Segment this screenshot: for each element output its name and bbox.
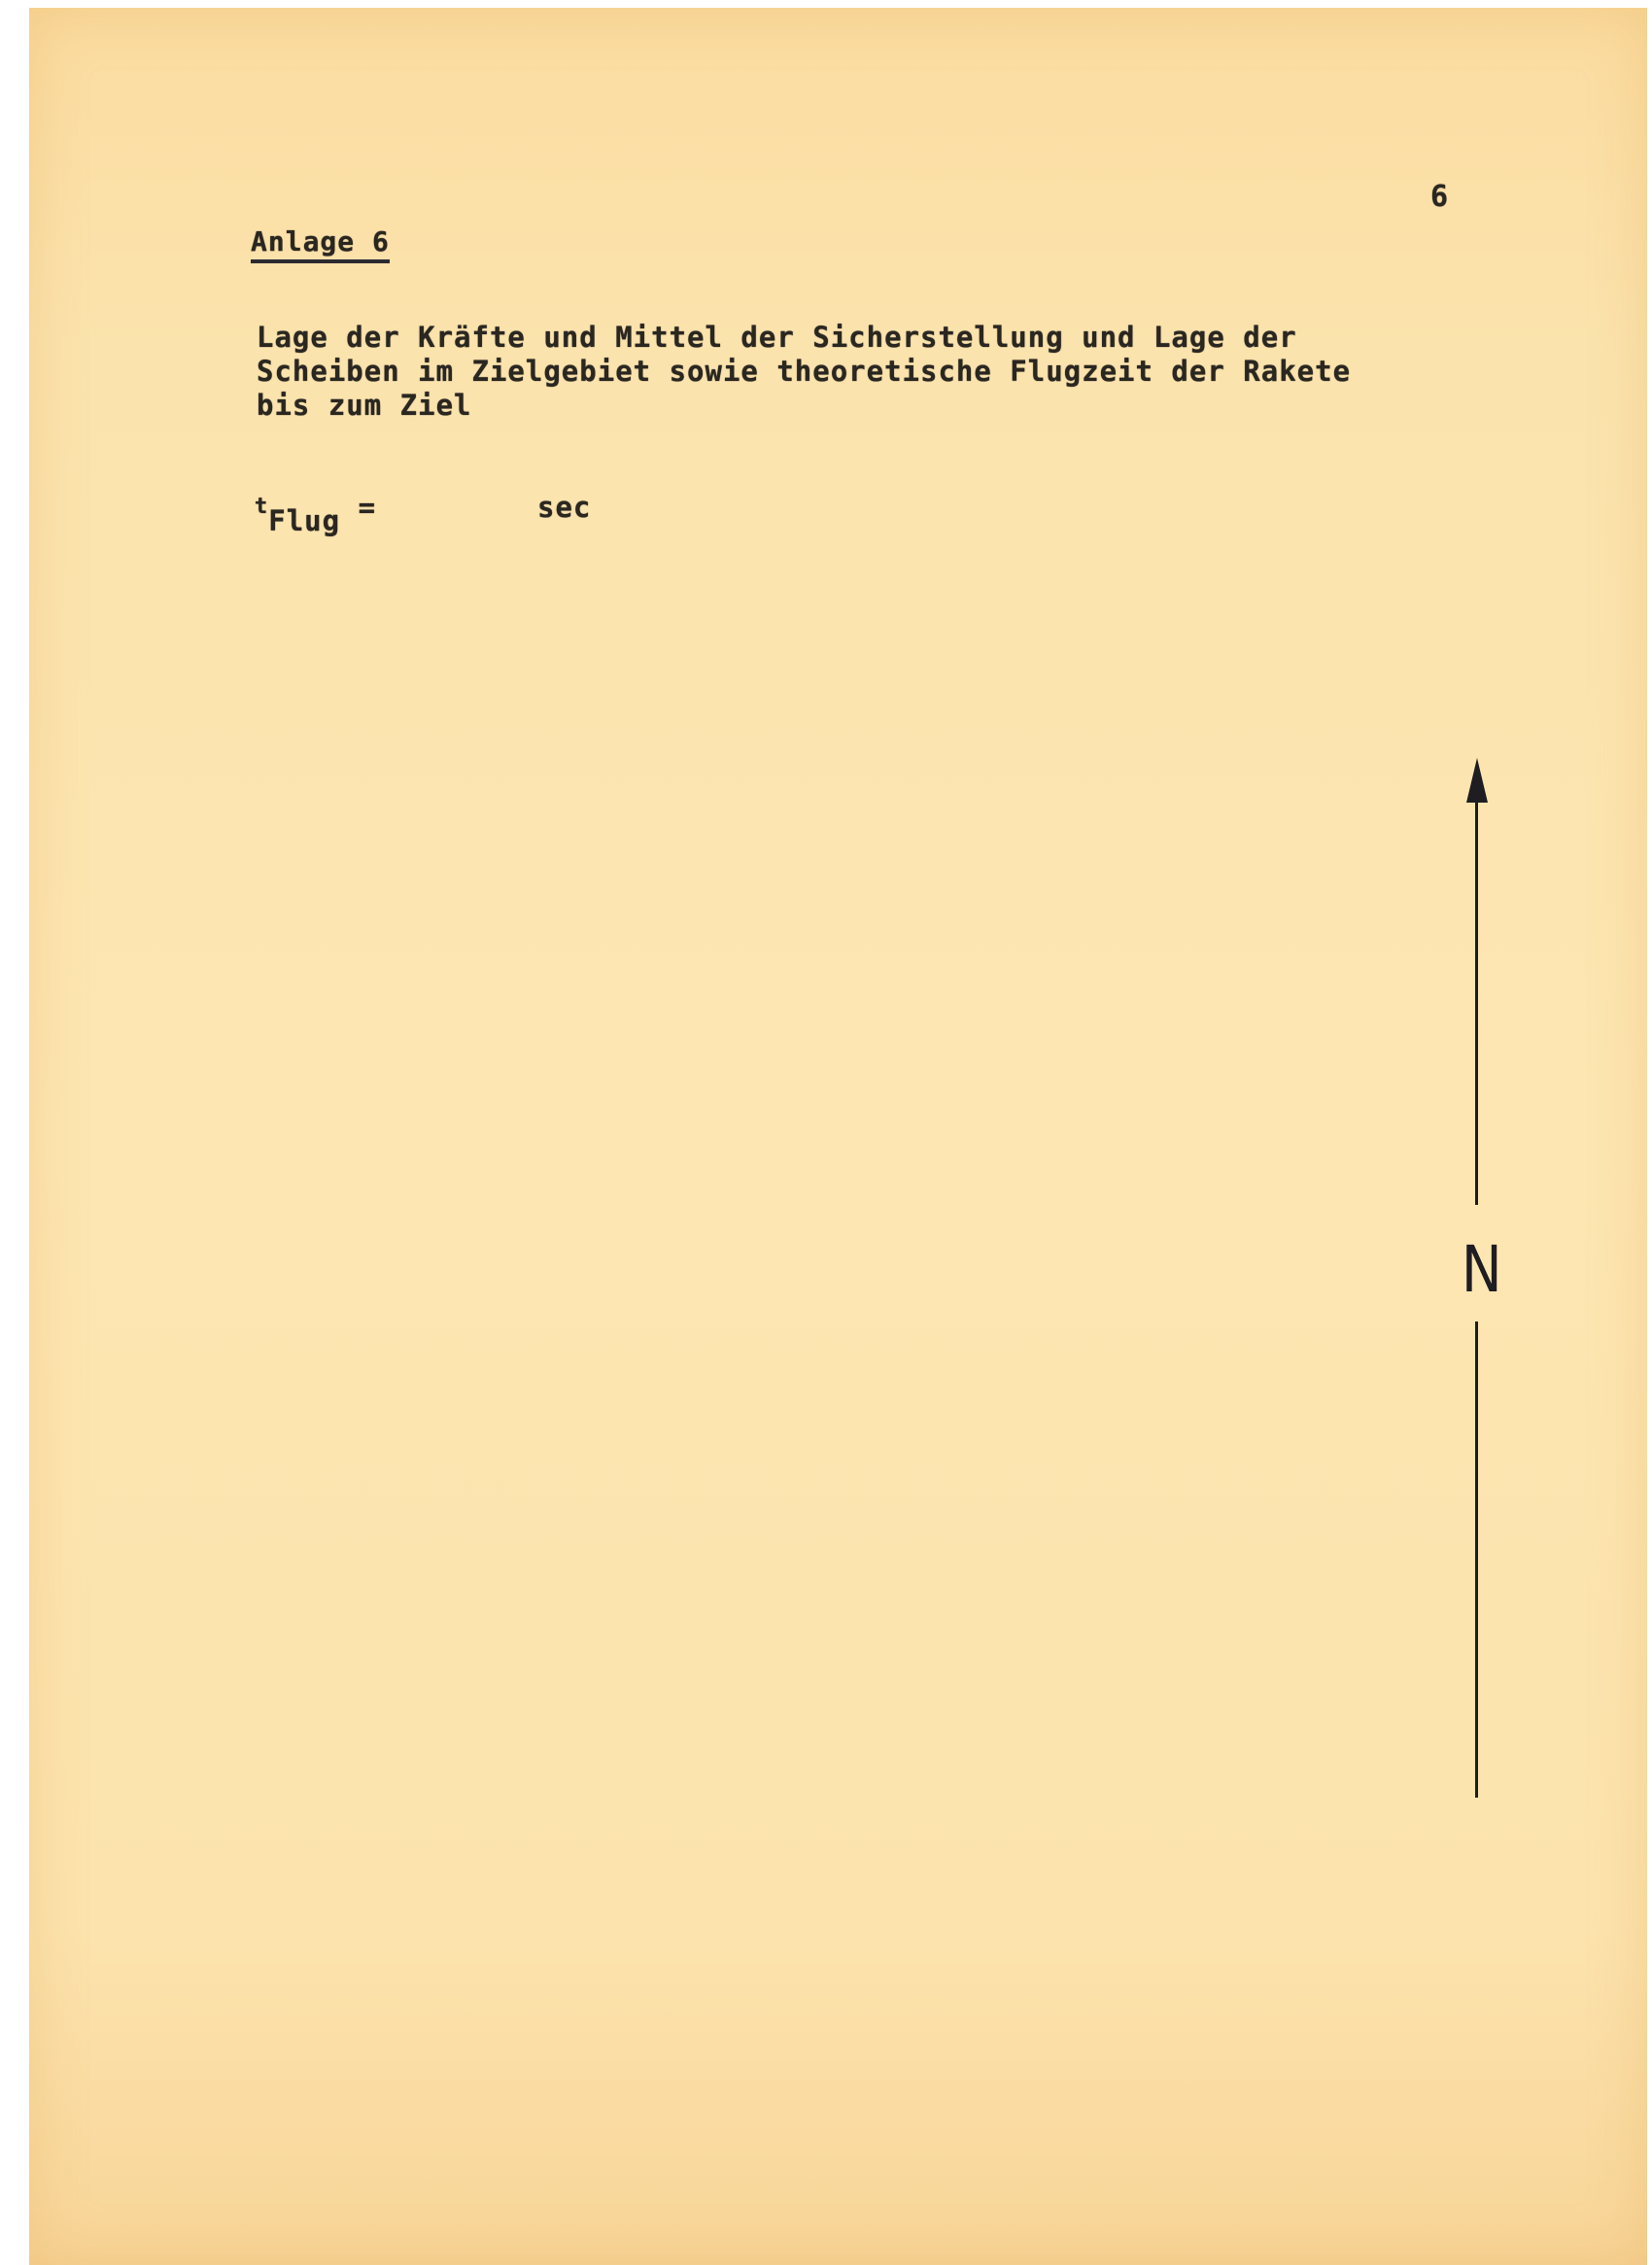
north-arrow-shaft-bottom [1475,1321,1478,1798]
caption-line-3: bis zum Ziel [257,389,472,422]
caption: Lage der Kräfte und Mittel der Sicherste… [257,321,1351,423]
formula-unit: sec [537,491,591,524]
formula-symbol: t [255,495,268,519]
north-label: N [1462,1232,1502,1307]
formula-equals: = [359,491,376,524]
north-arrow-shaft-top [1475,772,1478,1205]
flight-time-formula: tFlug = [255,491,376,524]
formula-subscript: Flug [268,504,340,537]
caption-line-2: Scheiben im Zielgebiet sowie theoretisch… [257,355,1351,388]
caption-line-1: Lage der Kräfte und Mittel der Sicherste… [257,321,1297,354]
page-number: 6 [1430,180,1449,214]
annex-title: Anlage 6 [251,225,390,263]
